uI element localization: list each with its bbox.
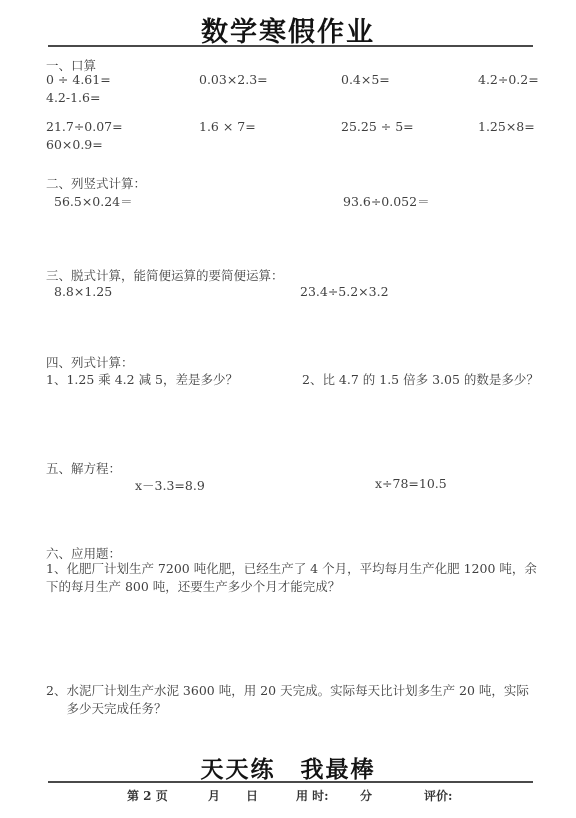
word-problem-number: 2、 xyxy=(46,682,66,718)
section-stepwise-heading: 三、脱式计算，能简便运算的要简便运算： xyxy=(46,266,284,284)
footer-time-label: 用 时: xyxy=(296,787,329,804)
word-problem-text: 水泥厂计划生产水泥 3600 吨，用 20 天完成。实际每天比计划多生产 20 … xyxy=(66,682,538,718)
math-problem: 60×0.9= xyxy=(46,137,103,152)
math-problem: 4.2-1.6= xyxy=(46,90,100,105)
math-problem: 0.03×2.3= xyxy=(199,72,268,87)
math-problem: 1.25×8= xyxy=(478,119,535,134)
math-problem: 4.2÷0.2= xyxy=(478,72,539,87)
footer-day-label: 日 xyxy=(246,787,258,804)
worksheet-page: 数学寒假作业 一、口算 0 ÷ 4.61= 0.03×2.3= 0.4×5= 4… xyxy=(0,0,576,818)
footer-month-label: 月 xyxy=(208,787,220,804)
math-problem: 93.6÷0.052＝ xyxy=(343,192,430,210)
math-problem: 1.6 × 7= xyxy=(199,119,256,134)
footer-slogan: 天天练 我最棒 xyxy=(0,751,576,784)
word-problem-number: 1、 xyxy=(46,561,66,576)
math-problem: 0 ÷ 4.61= xyxy=(46,72,111,87)
math-problem: 0.4×5= xyxy=(341,72,390,87)
math-problem: 25.25 ÷ 5= xyxy=(341,119,414,134)
footer-page-number: 第 2 页 xyxy=(127,787,168,804)
math-problem: 2、比 4.7 的 1.5 倍多 3.05 的数是多少？ xyxy=(302,370,539,388)
oral-row-1: 0 ÷ 4.61= 0.03×2.3= 0.4×5= 4.2÷0.2= xyxy=(0,72,576,87)
footer-divider xyxy=(48,781,533,783)
footer-rating-label: 评价: xyxy=(424,787,452,804)
math-problem: x－3.3=8.9 xyxy=(135,476,205,494)
math-problem: 21.7÷0.07= xyxy=(46,119,123,134)
math-problem: x÷78=10.5 xyxy=(375,476,447,491)
footer-minutes-label: 分 xyxy=(360,787,372,804)
math-problem: 56.5×0.24＝ xyxy=(54,192,133,210)
word-problem-text: 化肥厂计划生产 7200 吨化肥，已经生产了 4 个月，平均每月生产化肥 120… xyxy=(46,561,537,594)
math-problem: 23.4÷5.2×3.2 xyxy=(300,284,389,299)
section-vertical-heading: 二、列竖式计算： xyxy=(46,174,146,192)
word-problem-2: 2、 水泥厂计划生产水泥 3600 吨，用 20 天完成。实际每天比计划多生产 … xyxy=(46,682,538,718)
math-problem: 8.8×1.25 xyxy=(54,284,112,299)
section-equations-heading: 五、解方程： xyxy=(46,459,121,477)
math-problem: 1、1.25 乘 4.2 减 5，差是多少？ xyxy=(46,370,238,388)
word-problem-1: 1、化肥厂计划生产 7200 吨化肥，已经生产了 4 个月，平均每月生产化肥 1… xyxy=(46,560,538,596)
page-title: 数学寒假作业 xyxy=(0,10,576,49)
title-divider xyxy=(48,45,533,47)
section-expression-heading: 四、列式计算： xyxy=(46,353,134,371)
oral-row-2: 21.7÷0.07= 1.6 × 7= 25.25 ÷ 5= 1.25×8= xyxy=(0,119,576,134)
